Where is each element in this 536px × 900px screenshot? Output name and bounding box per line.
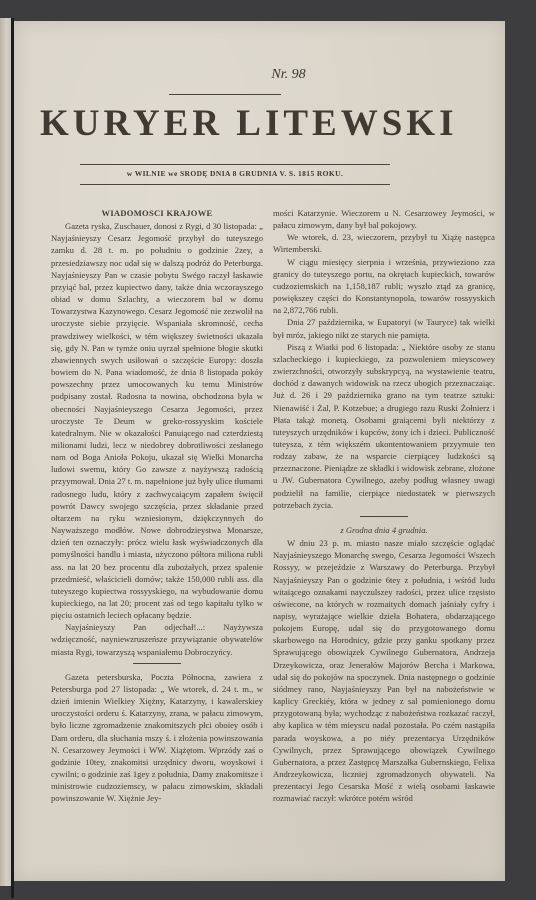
article-paragraph: mości Katarzynie. Wieczorem u N. Cesarzo…	[273, 207, 495, 231]
article-paragraph: Gazeta petersburska, Poczta Północna, za…	[51, 671, 263, 805]
article-separator	[360, 516, 408, 517]
article-paragraph: Nayjaśnieyszy Pan odjechał!...: Nayżywsz…	[51, 621, 263, 657]
masthead-title: KURYER LITEWSKI	[40, 102, 450, 145]
section-heading: WIADOMOSCI KRAJOWE	[51, 207, 263, 219]
dateline-rule-bottom	[80, 184, 390, 185]
newspaper-page: Nr. 98 KURYER LITEWSKI w WILNIE we SRODĘ…	[14, 21, 505, 881]
masthead-rule	[169, 94, 281, 95]
dateline: w WILNIE we SRODĘ DNIA 8 GRUDNIA V. S. 1…	[80, 169, 390, 178]
right-column: mości Katarzynie. Wieczorem u N. Cesarzo…	[273, 207, 495, 805]
article-subheading: z Grodna dnia 4 grudnia.	[273, 524, 495, 536]
issue-number: Nr. 98	[14, 67, 505, 83]
article-separator	[133, 663, 181, 664]
article-paragraph: Gazeta ryska, Zuschauer, donosi z Rygi, …	[51, 220, 263, 621]
article-paragraph: Piszą z Wiatki pod 6 listopada: „ Niektó…	[273, 341, 495, 511]
article-paragraph: W ciągu miesięcy sierpnia i września, pr…	[273, 256, 495, 317]
left-column: WIADOMOSCI KRAJOWE Gazeta ryska, Zuschau…	[51, 207, 263, 805]
dateline-rule-top	[80, 164, 390, 165]
article-paragraph: We wtorek, d. 23, wieczorem, przybył tu …	[273, 231, 495, 255]
article-paragraph: Dnia 27 października, w Eupatoryi (w Tau…	[273, 316, 495, 340]
article-paragraph: W dniu 23 p. m. miasto nasze miało szczę…	[273, 537, 495, 804]
